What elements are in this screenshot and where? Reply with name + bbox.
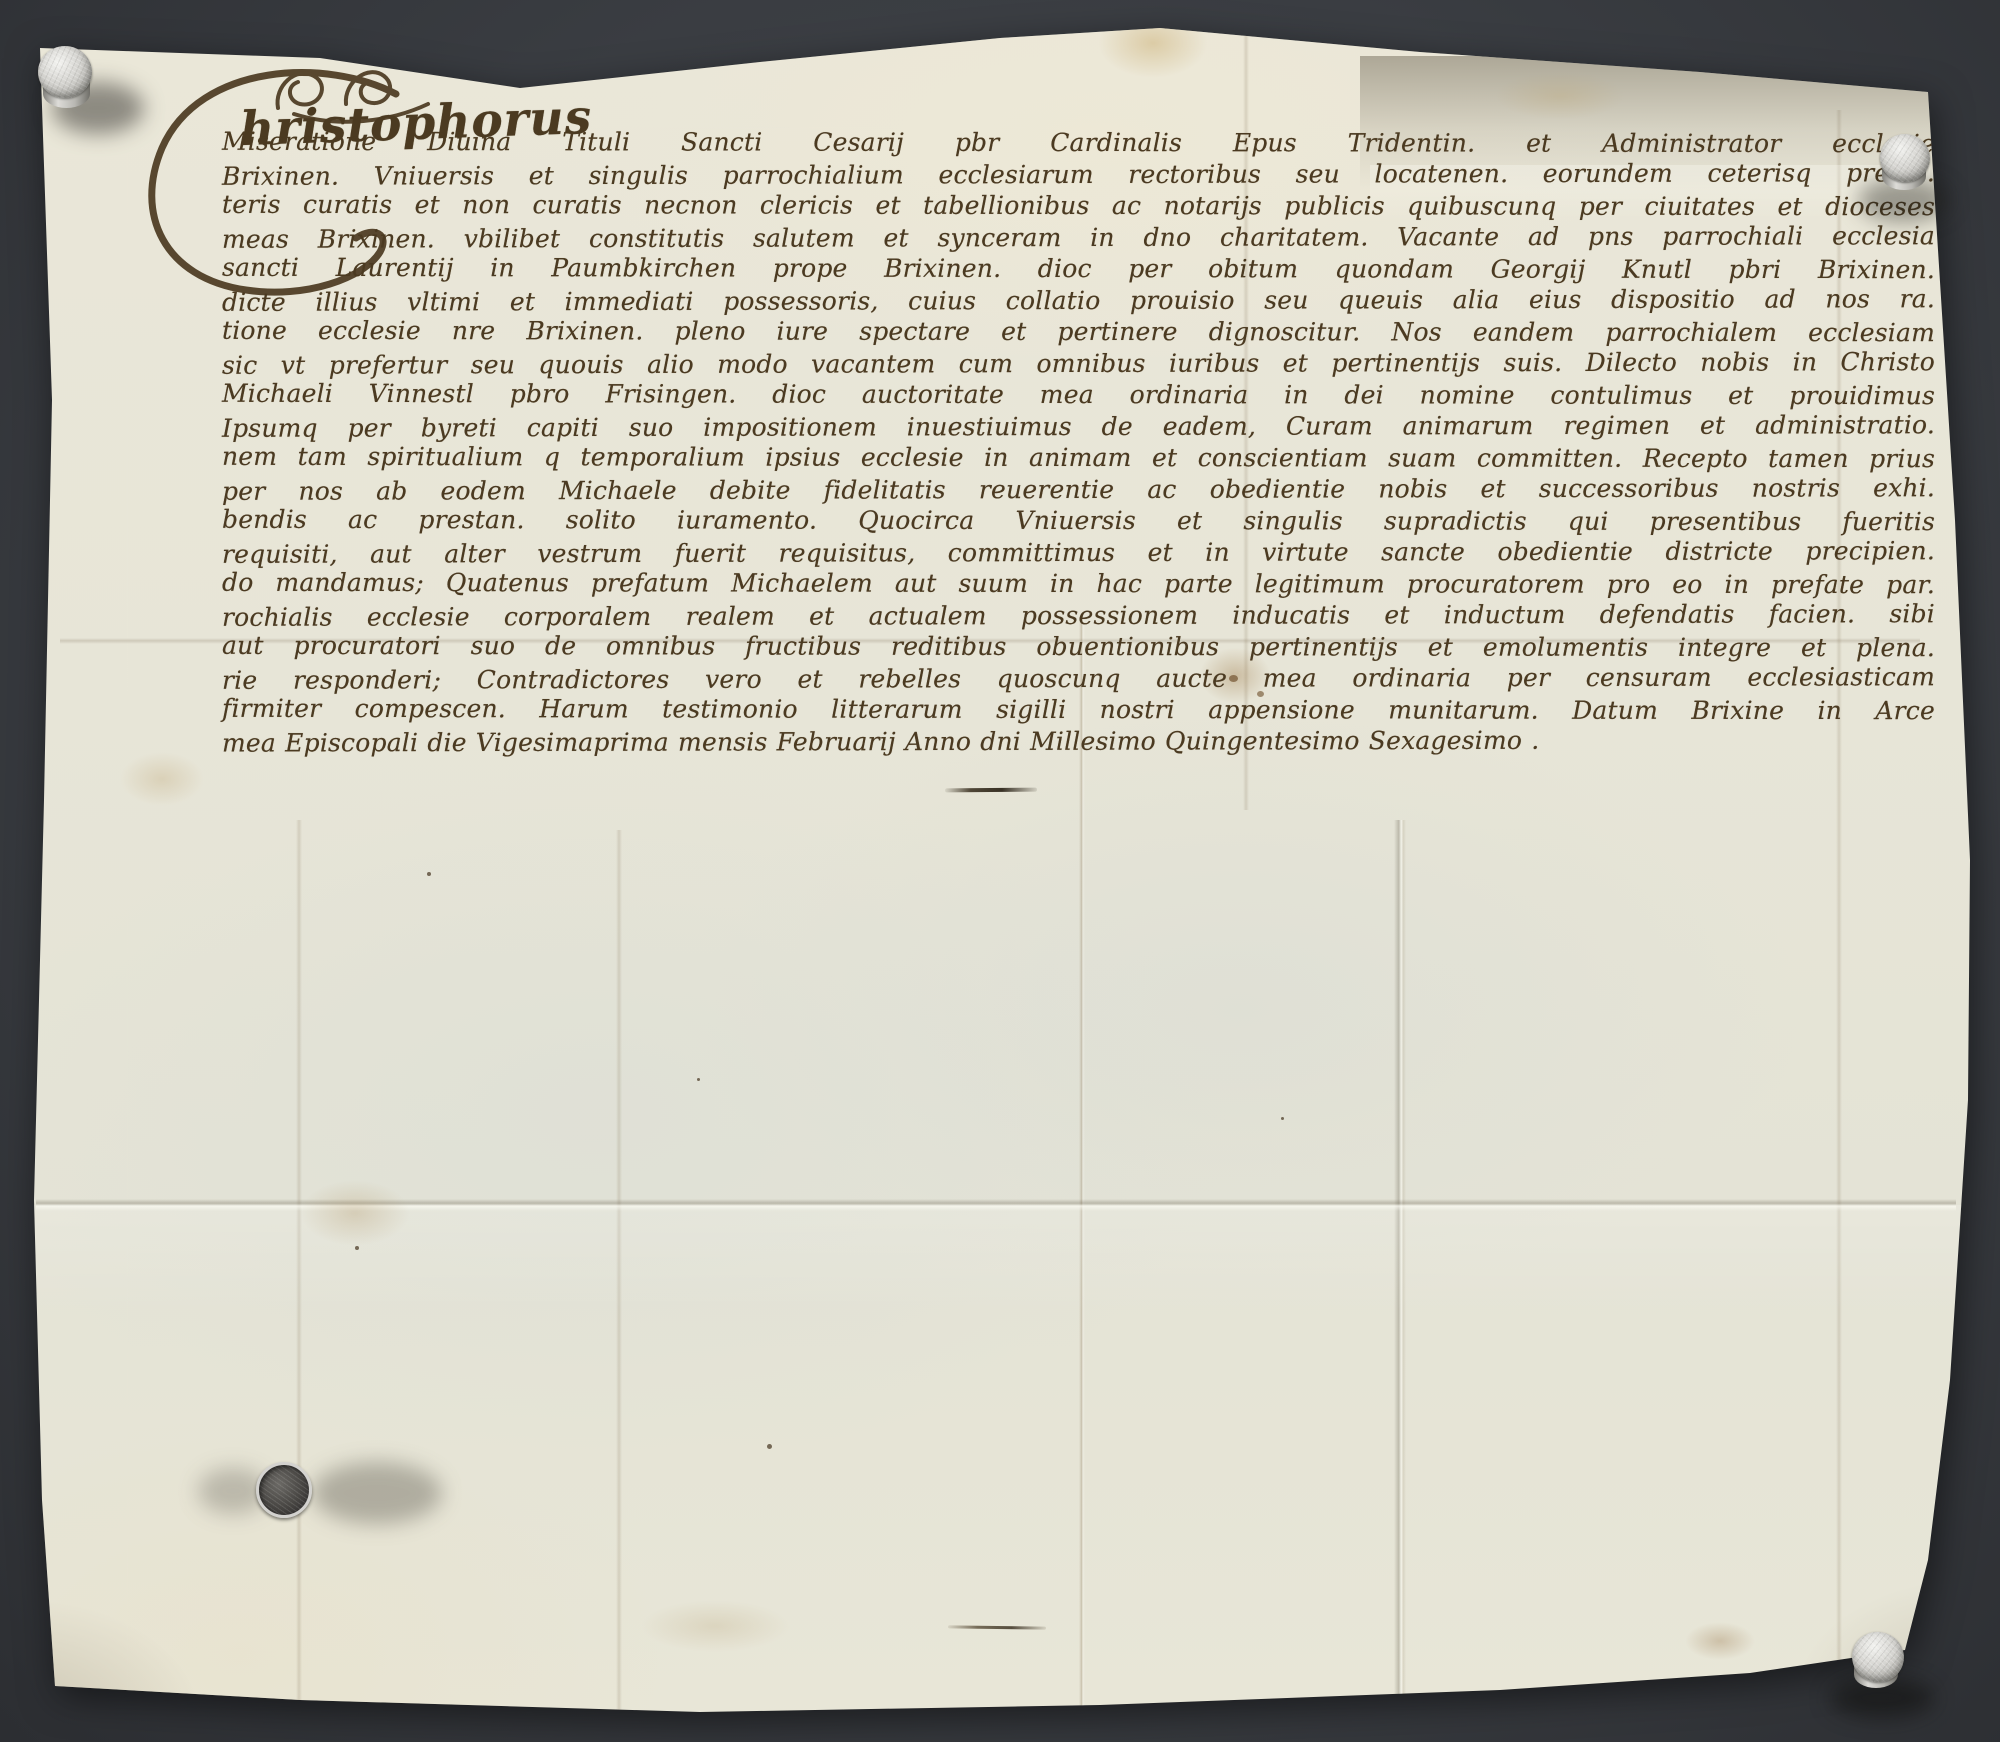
photograph-of-parchment-charter: hristophorus Miseratione Diuina Tituli S… xyxy=(0,0,2000,1742)
metal-pin-bottom-right xyxy=(1852,1632,1916,1712)
metal-pin-top-left xyxy=(38,46,108,136)
pin-shadow xyxy=(312,1462,442,1524)
pin-top-face xyxy=(38,46,92,98)
metal-pin-top-right xyxy=(1880,134,1944,214)
metal-pin-bottom-left xyxy=(256,1462,320,1532)
pin-top-face xyxy=(256,1462,312,1518)
